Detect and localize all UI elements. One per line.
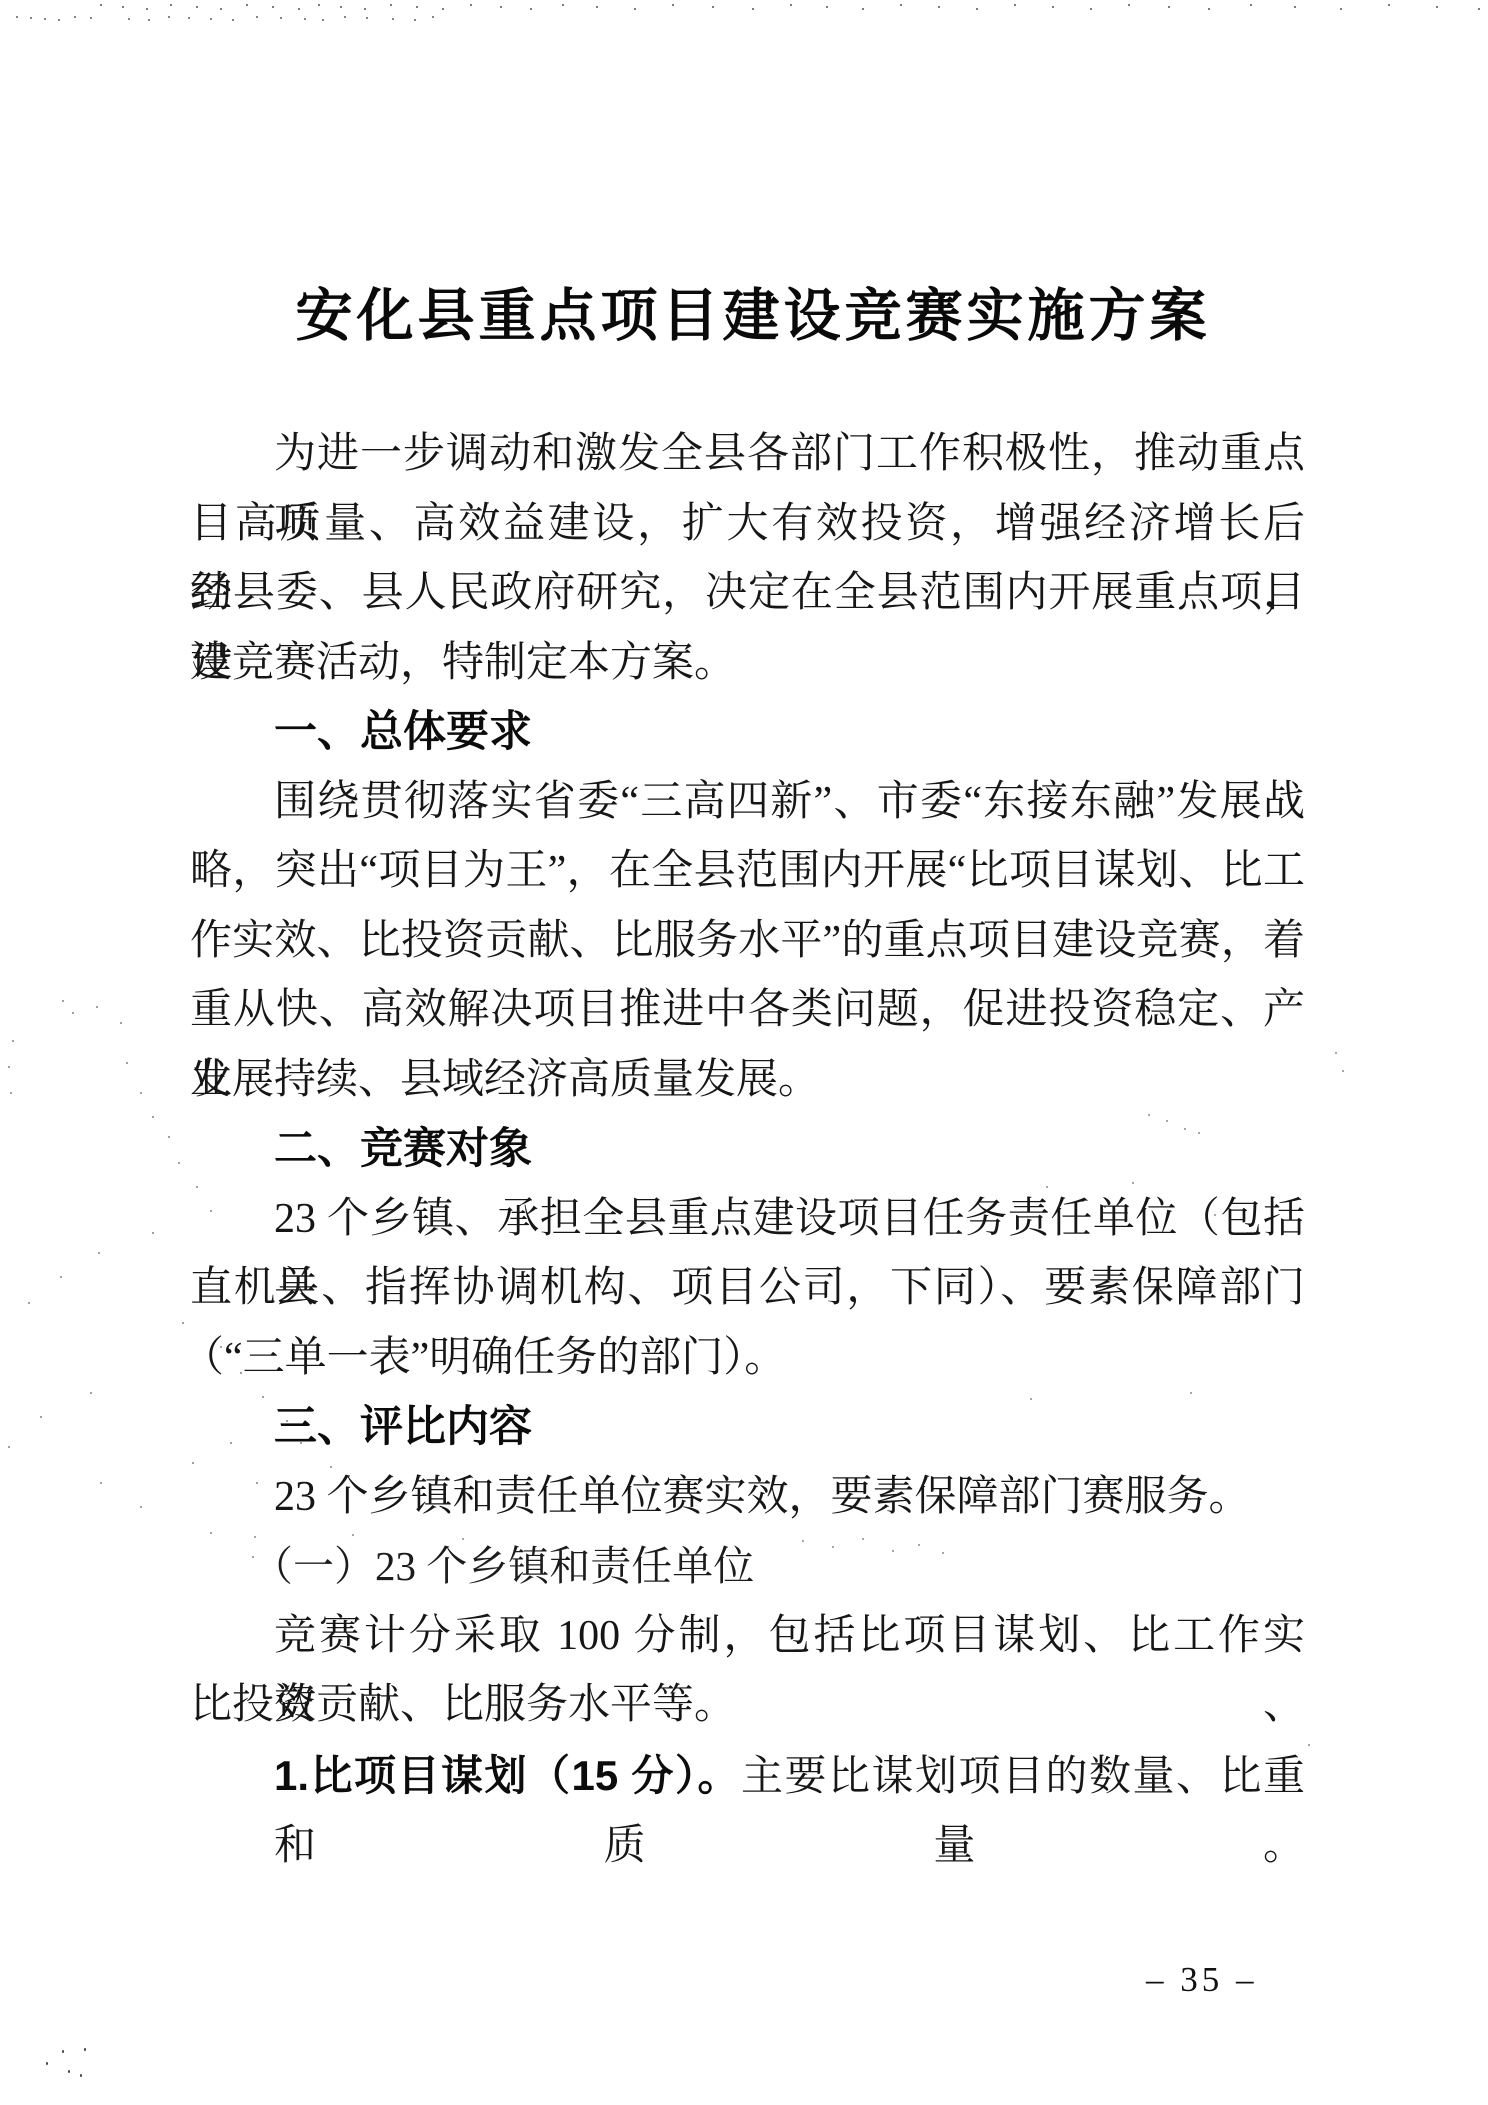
- scan-speck: [62, 2050, 64, 2053]
- scan-speck: [188, 17, 190, 19]
- scan-speck: [712, 6, 714, 8]
- text-line: 目高质量、高效益建设，扩大有效投资，增强经济增长后劲，: [190, 490, 1305, 560]
- scan-speck: [1090, 8, 1092, 10]
- scan-speck: [126, 1062, 128, 1064]
- scan-speck: [272, 6, 274, 8]
- scan-speck: [634, 8, 636, 10]
- scan-speck: [16, 16, 18, 18]
- scan-speck: [1294, 6, 1296, 8]
- scan-speck: [1168, 6, 1170, 8]
- scan-speck: [90, 17, 92, 19]
- scan-speck: [68, 2070, 70, 2073]
- scan-speck: [1128, 4, 1130, 6]
- scan-speck: [596, 6, 598, 8]
- scan-speck: [46, 2062, 48, 2065]
- scanned-document-page: 安化县重点项目建设竞赛实施方案 为进一步调动和激发全县各部门工作积极性，推动重点…: [0, 0, 1488, 2105]
- scan-speck: [60, 1276, 62, 1278]
- scan-speck: [122, 6, 124, 8]
- bold-run: 1.比项目谋划（15 分）。: [274, 1752, 741, 1799]
- scan-speck: [168, 16, 170, 18]
- scan-speck: [1436, 6, 1438, 8]
- scan-speck: [862, 8, 864, 10]
- text-line: 围绕贯彻落实省委“三高四新”、市委“东接东融”发展战: [190, 768, 1305, 838]
- text-line: 竞赛计分采取 100 分制，包括比项目谋划、比工作实效、: [190, 1602, 1305, 1672]
- scan-speck: [40, 1416, 42, 1418]
- scan-speck: [344, 16, 346, 18]
- scan-speck: [100, 1482, 102, 1484]
- scan-speck: [100, 4, 102, 6]
- scan-speck: [1478, 8, 1480, 10]
- page-number: – 35 –: [1146, 1960, 1258, 2000]
- scan-speck: [1250, 4, 1252, 6]
- scan-speck: [416, 6, 418, 8]
- scan-speck: [74, 16, 76, 18]
- scan-speck: [58, 19, 60, 21]
- scan-speck: [128, 18, 130, 20]
- scan-speck: [90, 1392, 92, 1394]
- text-line: （“三单一表”明确任务的部门）。: [182, 1324, 1305, 1394]
- scan-speck: [178, 1162, 180, 1164]
- scan-speck: [210, 18, 212, 20]
- scan-speck: [98, 1252, 100, 1254]
- text-line: 为进一步调动和激发全县各部门工作积极性，推动重点项: [190, 420, 1305, 490]
- scan-speck: [530, 8, 532, 10]
- scan-speck: [232, 19, 234, 21]
- scan-speck: [364, 8, 366, 10]
- scan-speck: [84, 2048, 86, 2051]
- text-line: 发展持续、县域经济高质量发展。: [190, 1046, 1305, 1116]
- text-line: 23 个乡镇和责任单位赛实效，要素保障部门赛服务。: [190, 1463, 1305, 1533]
- text-line: 作实效、比投资贡献、比服务水平”的重点项目建设竞赛，着: [190, 907, 1305, 977]
- section-heading: 三、评比内容: [190, 1393, 1305, 1463]
- scan-speck: [146, 8, 148, 10]
- scan-speck: [442, 8, 444, 10]
- scan-speck: [1308, 1744, 1310, 1746]
- text-line: 1.比项目谋划（15 分）。主要比谋划项目的数量、比重和质量。: [190, 1741, 1305, 1811]
- scan-speck: [790, 4, 792, 6]
- scan-speck: [976, 8, 978, 10]
- scan-speck: [10, 1092, 12, 1094]
- scan-speck: [826, 6, 828, 8]
- scan-speck: [366, 17, 368, 19]
- scan-speck: [500, 6, 502, 8]
- scan-speck: [938, 6, 940, 8]
- text-line: 设竞赛活动，特制定本方案。: [190, 629, 1305, 699]
- scan-speck: [30, 17, 32, 19]
- document-title: 安化县重点项目建设竞赛实施方案: [9, 270, 1488, 352]
- text-line: 23 个乡镇、承担全县重点建设项目任务责任单位（包括县: [190, 1185, 1305, 1255]
- scan-speck: [470, 4, 472, 6]
- scan-speck: [752, 8, 754, 10]
- scan-speck: [8, 1066, 10, 1068]
- text-line: 重从快、高效解决项目推进中各类问题，促进投资稳定、产业: [190, 976, 1305, 1046]
- scan-speck: [1052, 6, 1054, 8]
- scan-speck: [318, 4, 320, 6]
- scan-speck: [414, 19, 416, 21]
- text-line: 直机关、指挥协调机构、项目公司，下同）、要素保障部门: [190, 1254, 1305, 1324]
- section-heading: 二、竞赛对象: [190, 1115, 1305, 1185]
- scan-speck: [152, 1116, 154, 1118]
- scan-speck: [170, 4, 172, 6]
- scan-speck: [1335, 1052, 1337, 1054]
- scan-speck: [280, 17, 282, 19]
- text-line: 略，突出“项目为王”，在全县范围内开展“比项目谋划、比工: [190, 837, 1305, 907]
- scan-speck: [62, 1000, 64, 1002]
- scan-speck: [168, 1136, 170, 1138]
- scan-speck: [392, 18, 394, 20]
- scan-speck: [672, 4, 674, 6]
- scan-speck: [432, 16, 434, 18]
- scan-speck: [120, 1022, 122, 1024]
- scan-speck: [298, 8, 300, 10]
- scan-speck: [220, 8, 222, 10]
- scan-speck: [196, 6, 198, 8]
- scan-speck: [900, 4, 902, 6]
- text-line: （一）23 个乡镇和责任单位: [190, 1532, 1305, 1602]
- scan-speck: [80, 2074, 82, 2077]
- scan-speck: [562, 4, 564, 6]
- section-heading: 一、总体要求: [190, 698, 1305, 768]
- scan-speck: [8, 1446, 10, 1448]
- scan-speck: [72, 1012, 74, 1014]
- document-body: 为进一步调动和激发全县各部门工作积极性，推动重点项目高质量、高效益建设，扩大有效…: [190, 420, 1305, 1810]
- scan-speck: [152, 1232, 154, 1234]
- scan-speck: [1342, 1070, 1344, 1072]
- scan-speck: [340, 6, 342, 8]
- scan-speck: [256, 16, 258, 18]
- scan-speck: [322, 19, 324, 21]
- scan-speck: [1208, 8, 1210, 10]
- scan-speck: [246, 4, 248, 6]
- scan-speck: [1014, 4, 1016, 6]
- scan-speck: [1388, 4, 1390, 6]
- scan-speck: [304, 18, 306, 20]
- scan-speck: [96, 1006, 98, 1008]
- scan-speck: [140, 1506, 142, 1508]
- scan-speck: [44, 18, 46, 20]
- scan-speck: [28, 1302, 30, 1304]
- scan-speck: [148, 19, 150, 21]
- text-line: 经县委、县人民政府研究，决定在全县范围内开展重点项目建: [190, 559, 1305, 629]
- scan-speck: [1340, 8, 1342, 10]
- scan-speck: [390, 4, 392, 6]
- scan-speck: [140, 1092, 142, 1094]
- scan-speck: [12, 1040, 14, 1042]
